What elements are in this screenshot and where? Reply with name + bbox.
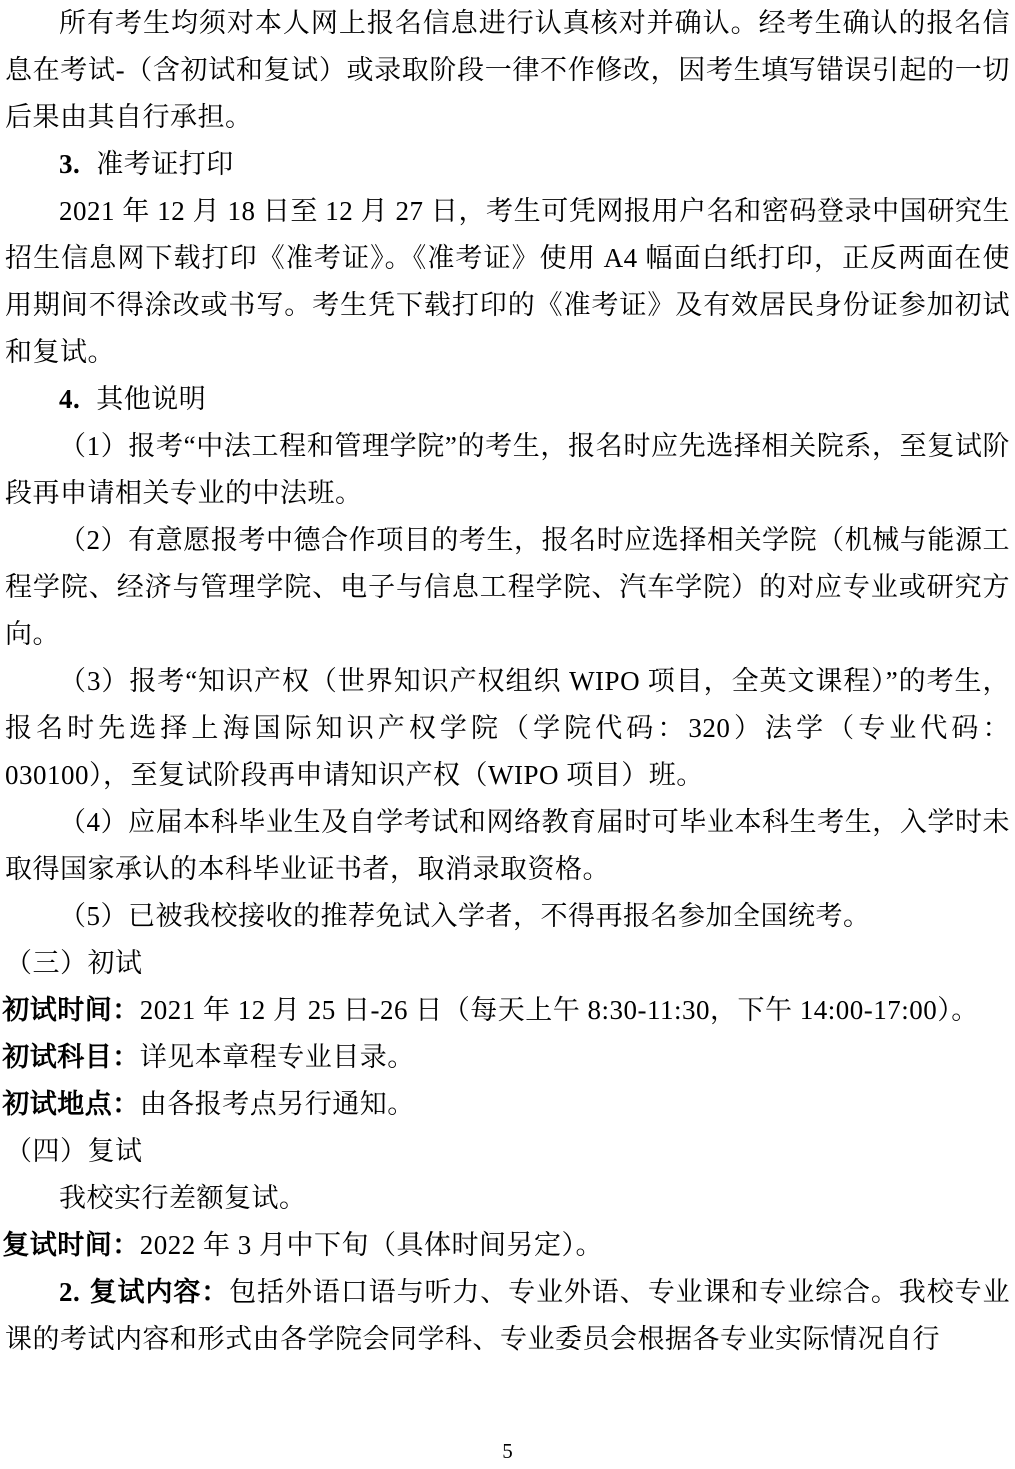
paragraph-note-1: （1）报考“中法工程和管理学院”的考生，报名时应先选择相关院系，至复试阶段再申请… [5, 423, 1010, 517]
list-item-exam-time-text: 2021 年 12 月 25 日-26 日（每天上午 8:30-11:30，下午… [140, 995, 979, 1025]
document-page: 所有考生均须对本人网上报名信息进行认真核对并确认。经考生确认的报名信息在考试-（… [0, 0, 1015, 1469]
list-item-exam-location-text: 由各报考点另行通知。 [140, 1089, 415, 1119]
paragraph-admission-ticket: 2021 年 12 月 18 日至 12 月 27 日，考生可凭网报用户名和密码… [5, 188, 1010, 376]
paragraph-note-5: （5）已被我校接收的推荐免试入学者，不得再报名参加全国统考。 [5, 893, 1010, 940]
list-item-exam-subjects: 2.初试科目：详见本章程专业目录。 [5, 1034, 1010, 1081]
list-item-retest-content: 2.复试内容：包括外语口语与听力、专业外语、专业课和专业综合。我校专业课的考试内… [5, 1269, 1010, 1363]
page-number: 5 [0, 1439, 1015, 1463]
list-item-exam-time: 1.初试时间：2021 年 12 月 25 日-26 日（每天上午 8:30-1… [5, 987, 1010, 1034]
list-item-retest-time-label: 复试时间： [2, 1230, 140, 1260]
list-item-retest-content-number: 2. [59, 1277, 80, 1307]
paragraph-confirm-info: 所有考生均须对本人网上报名信息进行认真核对并确认。经考生确认的报名信息在考试-（… [5, 0, 1010, 141]
paragraph-note-4: （4）应届本科毕业生及自学考试和网络教育届时可毕业本科生考生，入学时未取得国家承… [5, 799, 1010, 893]
list-item-exam-subjects-label: 初试科目： [2, 1042, 140, 1072]
list-item-retest-content-label: 复试内容： [89, 1277, 229, 1307]
heading-admission-ticket-title: 准考证打印 [96, 149, 234, 179]
list-item-retest-time: 1.复试时间：2022 年 3 月中下旬（具体时间另定）。 [5, 1222, 1010, 1269]
list-item-exam-time-label: 初试时间： [2, 995, 140, 1025]
paragraph-retest-policy: 我校实行差额复试。 [5, 1175, 1010, 1222]
heading-second-exam: （四）复试 [5, 1128, 1010, 1175]
list-item-exam-location-label: 初试地点： [2, 1089, 140, 1119]
list-item-exam-location: 3.初试地点：由各报考点另行通知。 [5, 1081, 1010, 1128]
heading-admission-ticket-number: 3. [59, 149, 80, 179]
heading-other-notes: 4.其他说明 [5, 376, 1010, 423]
document-body: 所有考生均须对本人网上报名信息进行认真核对并确认。经考生确认的报名信息在考试-（… [0, 0, 1015, 1363]
heading-admission-ticket: 3.准考证打印 [5, 141, 1010, 188]
paragraph-note-3: （3）报考“知识产权（世界知识产权组织 WIPO 项目，全英文课程）”的考生，报… [5, 658, 1010, 799]
paragraph-note-2: （2）有意愿报考中德合作项目的考生，报名时应选择相关学院（机械与能源工程学院、经… [5, 517, 1010, 658]
list-item-retest-time-text: 2022 年 3 月中下旬（具体时间另定）。 [140, 1230, 603, 1260]
heading-other-notes-title: 其他说明 [96, 384, 206, 414]
list-item-exam-subjects-text: 详见本章程专业目录。 [140, 1042, 415, 1072]
heading-first-exam: （三）初试 [5, 940, 1010, 987]
heading-other-notes-number: 4. [59, 384, 80, 414]
